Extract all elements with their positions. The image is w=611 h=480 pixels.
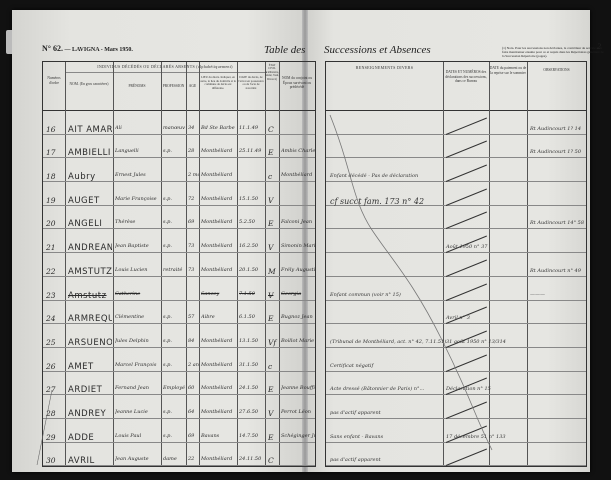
pencil-stroke <box>12 10 590 472</box>
register-book: N° 62. — LAVIGNA - Mars 1950. Table des … <box>12 10 590 472</box>
page-number: 2 <box>597 42 601 51</box>
